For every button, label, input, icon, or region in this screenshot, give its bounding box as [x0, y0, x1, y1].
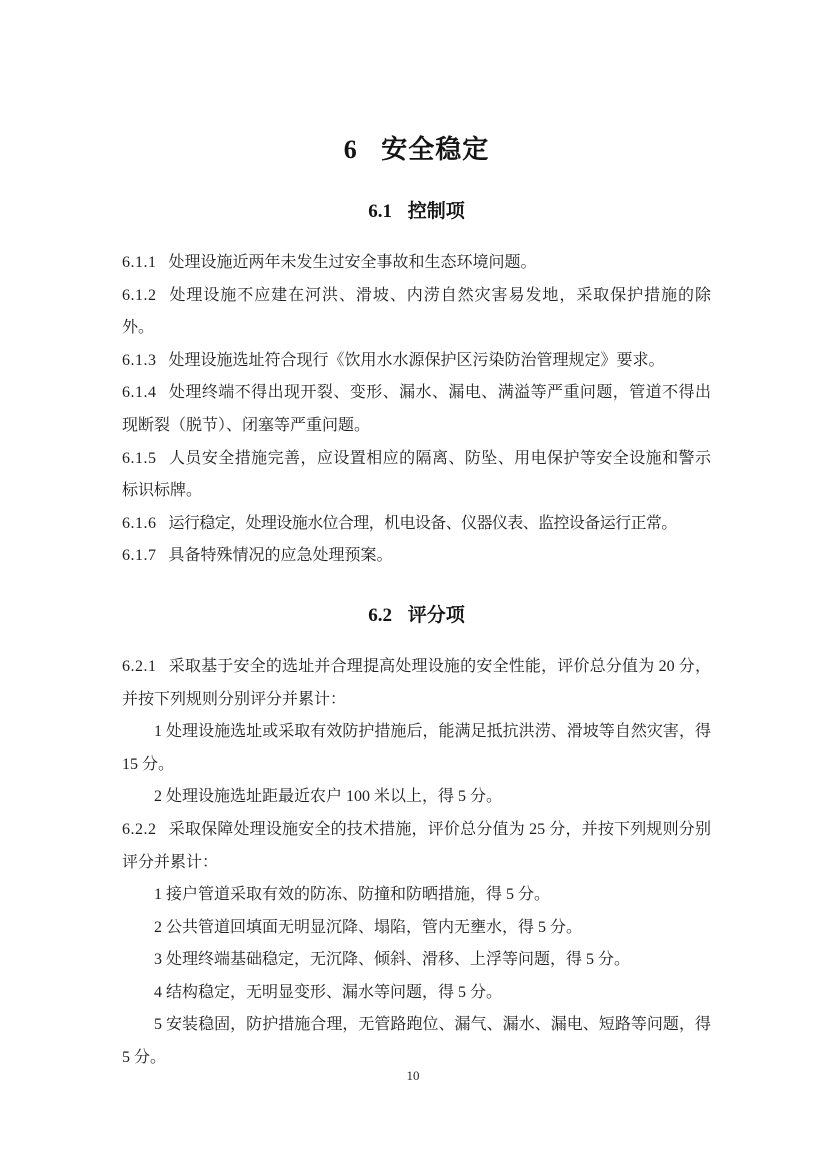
clause-6-1-7: 6.1.7具备特殊情况的应急处理预案。	[122, 540, 711, 573]
clause-text: 采取保障处理设施安全的技术措施，评价总分值为 25 分，并按下列规则分别评分并累…	[122, 821, 711, 871]
clause-number: 6.1.2	[122, 287, 157, 304]
clause-6-2-2-item-2: 2 公共管道回填面无明显沉降、塌陷，管内无壅水，得 5 分。	[122, 912, 711, 945]
clause-text: 处理设施选址符合现行《饮用水水源保护区污染防治管理规定》要求。	[169, 352, 665, 369]
clause-6-2-2-item-4: 4 结构稳定，无明显变形、漏水等问题，得 5 分。	[122, 977, 711, 1010]
clause-6-1-6: 6.1.6运行稳定，处理设施水位合理，机电设备、仪器仪表、监控设备运行正常。	[122, 508, 711, 541]
clause-6-2-1-item-1: 1 处理设施选址或采取有效防护措施后，能满足抵抗洪涝、滑坡等自然灾害，得 15 …	[122, 716, 711, 781]
clause-number: 6.1.6	[122, 515, 157, 532]
clause-text: 采取基于安全的选址并合理提高处理设施的安全性能，评价总分值为 20 分，并按下列…	[122, 658, 711, 708]
clause-6-1-3: 6.1.3处理设施选址符合现行《饮用水水源保护区污染防治管理规定》要求。	[122, 345, 711, 378]
clause-text: 处理设施近两年未发生过安全事故和生态环境问题。	[169, 254, 537, 271]
page-number: 10	[0, 1068, 826, 1084]
section-title: 控制项	[408, 201, 465, 222]
clause-text: 处理终端不得出现开裂、变形、漏水、漏电、满溢等严重问题，管道不得出现断裂（脱节）…	[122, 384, 711, 434]
clause-6-1-2: 6.1.2处理设施不应建在河洪、滑坡、内涝自然灾害易发地，采取保护措施的除外。	[122, 280, 711, 345]
clause-text: 具备特殊情况的应急处理预案。	[169, 547, 393, 564]
clause-number: 6.1.7	[122, 547, 157, 564]
clause-6-2-2-item-5: 5 安装稳固，防护措施合理，无管路跑位、漏气、漏水、漏电、短路等问题，得 5 分…	[122, 1009, 711, 1074]
chapter-heading: 6 安全稳定	[122, 130, 711, 169]
clause-6-1-4: 6.1.4处理终端不得出现开裂、变形、漏水、漏电、满溢等严重问题，管道不得出现断…	[122, 377, 711, 442]
clause-number: 6.1.5	[122, 450, 157, 467]
clause-6-2-1-item-2: 2 处理设施选址距最近农户 100 米以上，得 5 分。	[122, 781, 711, 814]
section-title: 评分项	[408, 605, 465, 626]
clause-6-2-2-item-3: 3 处理终端基础稳定，无沉降、倾斜、滑移、上浮等问题，得 5 分。	[122, 944, 711, 977]
page-content: 6 安全稳定 6.1 控制项 6.1.1处理设施近两年未发生过安全事故和生态环境…	[122, 0, 711, 1075]
chapter-number: 6	[344, 135, 358, 164]
clause-6-1-5: 6.1.5人员安全措施完善，应设置相应的隔离、防坠、用电保护等安全设施和警示标识…	[122, 443, 711, 508]
clause-6-2-2-item-1: 1 接户管道采取有效的防冻、防撞和防晒措施，得 5 分。	[122, 879, 711, 912]
clause-number: 6.2.2	[122, 821, 157, 838]
section-number: 6.1	[368, 201, 392, 222]
clause-text: 人员安全措施完善，应设置相应的隔离、防坠、用电保护等安全设施和警示标识标牌。	[122, 450, 711, 500]
clause-6-2-2: 6.2.2采取保障处理设施安全的技术措施，评价总分值为 25 分，并按下列规则分…	[122, 814, 711, 879]
clause-text: 运行稳定，处理设施水位合理，机电设备、仪器仪表、监控设备运行正常。	[169, 515, 677, 532]
clause-6-1-1: 6.1.1处理设施近两年未发生过安全事故和生态环境问题。	[122, 247, 711, 280]
chapter-title: 安全稳定	[381, 134, 489, 164]
clause-number: 6.2.1	[122, 658, 157, 675]
clause-text: 处理设施不应建在河洪、滑坡、内涝自然灾害易发地，采取保护措施的除外。	[122, 287, 711, 337]
section-number: 6.2	[368, 605, 392, 626]
clause-number: 6.1.4	[122, 384, 157, 401]
section-heading-6-2: 6.2 评分项	[122, 601, 711, 631]
document-page: 6 安全稳定 6.1 控制项 6.1.1处理设施近两年未发生过安全事故和生态环境…	[0, 0, 826, 1169]
clause-number: 6.1.3	[122, 352, 157, 369]
clause-number: 6.1.1	[122, 254, 157, 271]
clause-6-2-1: 6.2.1采取基于安全的选址并合理提高处理设施的安全性能，评价总分值为 20 分…	[122, 651, 711, 716]
section-heading-6-1: 6.1 控制项	[122, 197, 711, 227]
